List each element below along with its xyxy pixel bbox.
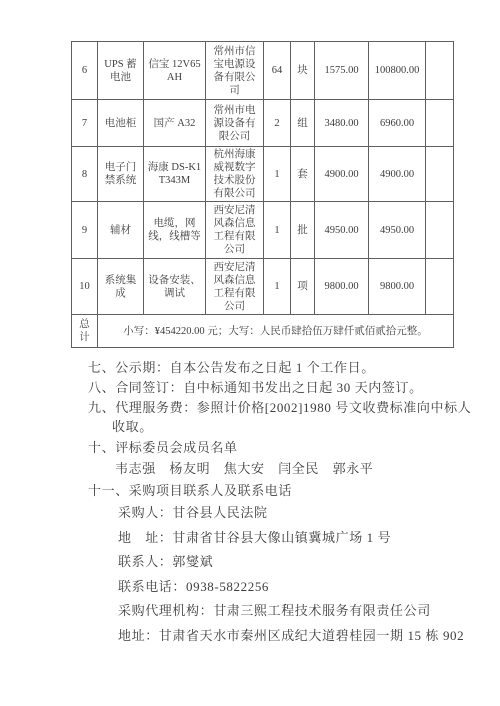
- line-agency-fee-wrap: 收取。: [112, 417, 500, 437]
- line-purchaser: 采购人：甘谷县人民法院: [118, 501, 500, 526]
- cell-supplier: 常州市电源设备有限公司: [206, 100, 264, 147]
- cell-total-price: 9800.00: [369, 259, 426, 315]
- cell-item-name: 系统集成: [98, 259, 144, 315]
- cell-unit-price: 1575.00: [315, 42, 369, 100]
- line-publicity-period: 七、公示期：自本公告发布之日起 1 个工作日。: [88, 358, 500, 378]
- table-row: 7 电池柜 国产 A32 常州市电源设备有限公司 2 组 3480.00 696…: [72, 100, 454, 147]
- cell-unit: 块: [291, 42, 315, 100]
- cell-remark: [426, 100, 454, 147]
- table-row: 6 UPS 蓄电池 信宝 12V65AH 常州市信宝电源设备有限公司 64 块 …: [72, 42, 454, 100]
- cell-remark: [426, 202, 454, 259]
- cell-remark: [426, 42, 454, 100]
- cell-supplier: 常州市信宝电源设备有限公司: [206, 42, 264, 100]
- cell-supplier: 西安尼清风森信息工程有限公司: [206, 259, 264, 315]
- cell-unit-price: 4950.00: [315, 202, 369, 259]
- line-contacts-title: 十一、采购项目联系人及联系电话: [88, 480, 500, 501]
- line-contract-signing: 八、合同签订：自中标通知书发出之日起 30 天内签订。: [88, 378, 500, 398]
- cell-item-name: 辅材: [98, 202, 144, 259]
- cell-unit: 批: [291, 202, 315, 259]
- cell-unit: 套: [291, 147, 315, 202]
- cell-item-name: 电池柜: [98, 100, 144, 147]
- cell-supplier: 西安尼清风森信息工程有限公司: [206, 202, 264, 259]
- cell-supplier: 杭州海康威视数字技术股份有限公司: [206, 147, 264, 202]
- cell-remark: [426, 259, 454, 315]
- cell-qty: 1: [264, 202, 291, 259]
- cell-model: 设备安装、调试: [144, 259, 206, 315]
- line-contact-phone: 联系电话：0938-5822256: [118, 575, 500, 600]
- announcement-text: 七、公示期：自本公告发布之日起 1 个工作日。 八、合同签订：自中标通知书发出之…: [0, 358, 500, 648]
- line-committee-title: 十、评标委员会成员名单: [88, 437, 500, 458]
- document-page: 6 UPS 蓄电池 信宝 12V65AH 常州市信宝电源设备有限公司 64 块 …: [0, 0, 500, 706]
- cell-model: 国产 A32: [144, 100, 206, 147]
- table-row: 9 辅材 电缆，网线，线槽等 西安尼清风森信息工程有限公司 1 批 4950.0…: [72, 202, 454, 259]
- cell-unit: 项: [291, 259, 315, 315]
- cell-qty: 1: [264, 259, 291, 315]
- cell-qty: 2: [264, 100, 291, 147]
- line-agency-fee: 九、代理服务费：参照计价格[2002]1980 号文收费标准向中标人: [88, 398, 500, 417]
- bid-items-table: 6 UPS 蓄电池 信宝 12V65AH 常州市信宝电源设备有限公司 64 块 …: [71, 41, 454, 348]
- line-agency-address: 地址：甘肃省天水市秦州区成纪大道碧桂园一期 15 栋 902: [118, 624, 500, 649]
- cell-total-price: 4900.00: [369, 147, 426, 202]
- cell-qty: 1: [264, 147, 291, 202]
- cell-no: 6: [72, 42, 98, 100]
- cell-model: 海康 DS-K1T343M: [144, 147, 206, 202]
- cell-model: 电缆，网线，线槽等: [144, 202, 206, 259]
- line-contact-person: 联系人：郭燮斌: [118, 550, 500, 575]
- cell-no: 7: [72, 100, 98, 147]
- line-agency: 采购代理机构：甘肃三熙工程技术服务有限责任公司: [118, 599, 500, 624]
- cell-no: 9: [72, 202, 98, 259]
- cell-model: 信宝 12V65AH: [144, 42, 206, 100]
- cell-no: 8: [72, 147, 98, 202]
- cell-qty: 64: [264, 42, 291, 100]
- table-row: 10 系统集成 设备安装、调试 西安尼清风森信息工程有限公司 1 项 9800.…: [72, 259, 454, 315]
- cell-total-price: 4950.00: [369, 202, 426, 259]
- cell-unit: 组: [291, 100, 315, 147]
- line-purchaser-address: 地 址：甘肃省甘谷县大像山镇冀城广场 1 号: [118, 526, 500, 551]
- cell-item-name: 电子门禁系统: [98, 147, 144, 202]
- total-label: 总计: [72, 315, 98, 348]
- line-committee-names: 韦志强 杨友明 焦大安 闫全民 郭永平: [115, 458, 500, 480]
- cell-no: 10: [72, 259, 98, 315]
- cell-unit-price: 4900.00: [315, 147, 369, 202]
- cell-total-price: 100800.00: [369, 42, 426, 100]
- total-amount-text: 小写：¥454220.00 元；大写：人民币肆拾伍万肆仟贰佰贰拾元整。: [98, 315, 454, 348]
- cell-remark: [426, 147, 454, 202]
- cell-item-name: UPS 蓄电池: [98, 42, 144, 100]
- cell-unit-price: 9800.00: [315, 259, 369, 315]
- table-total-row: 总计 小写：¥454220.00 元；大写：人民币肆拾伍万肆仟贰佰贰拾元整。: [72, 315, 454, 348]
- cell-total-price: 6960.00: [369, 100, 426, 147]
- table-row: 8 电子门禁系统 海康 DS-K1T343M 杭州海康威视数字技术股份有限公司 …: [72, 147, 454, 202]
- cell-unit-price: 3480.00: [315, 100, 369, 147]
